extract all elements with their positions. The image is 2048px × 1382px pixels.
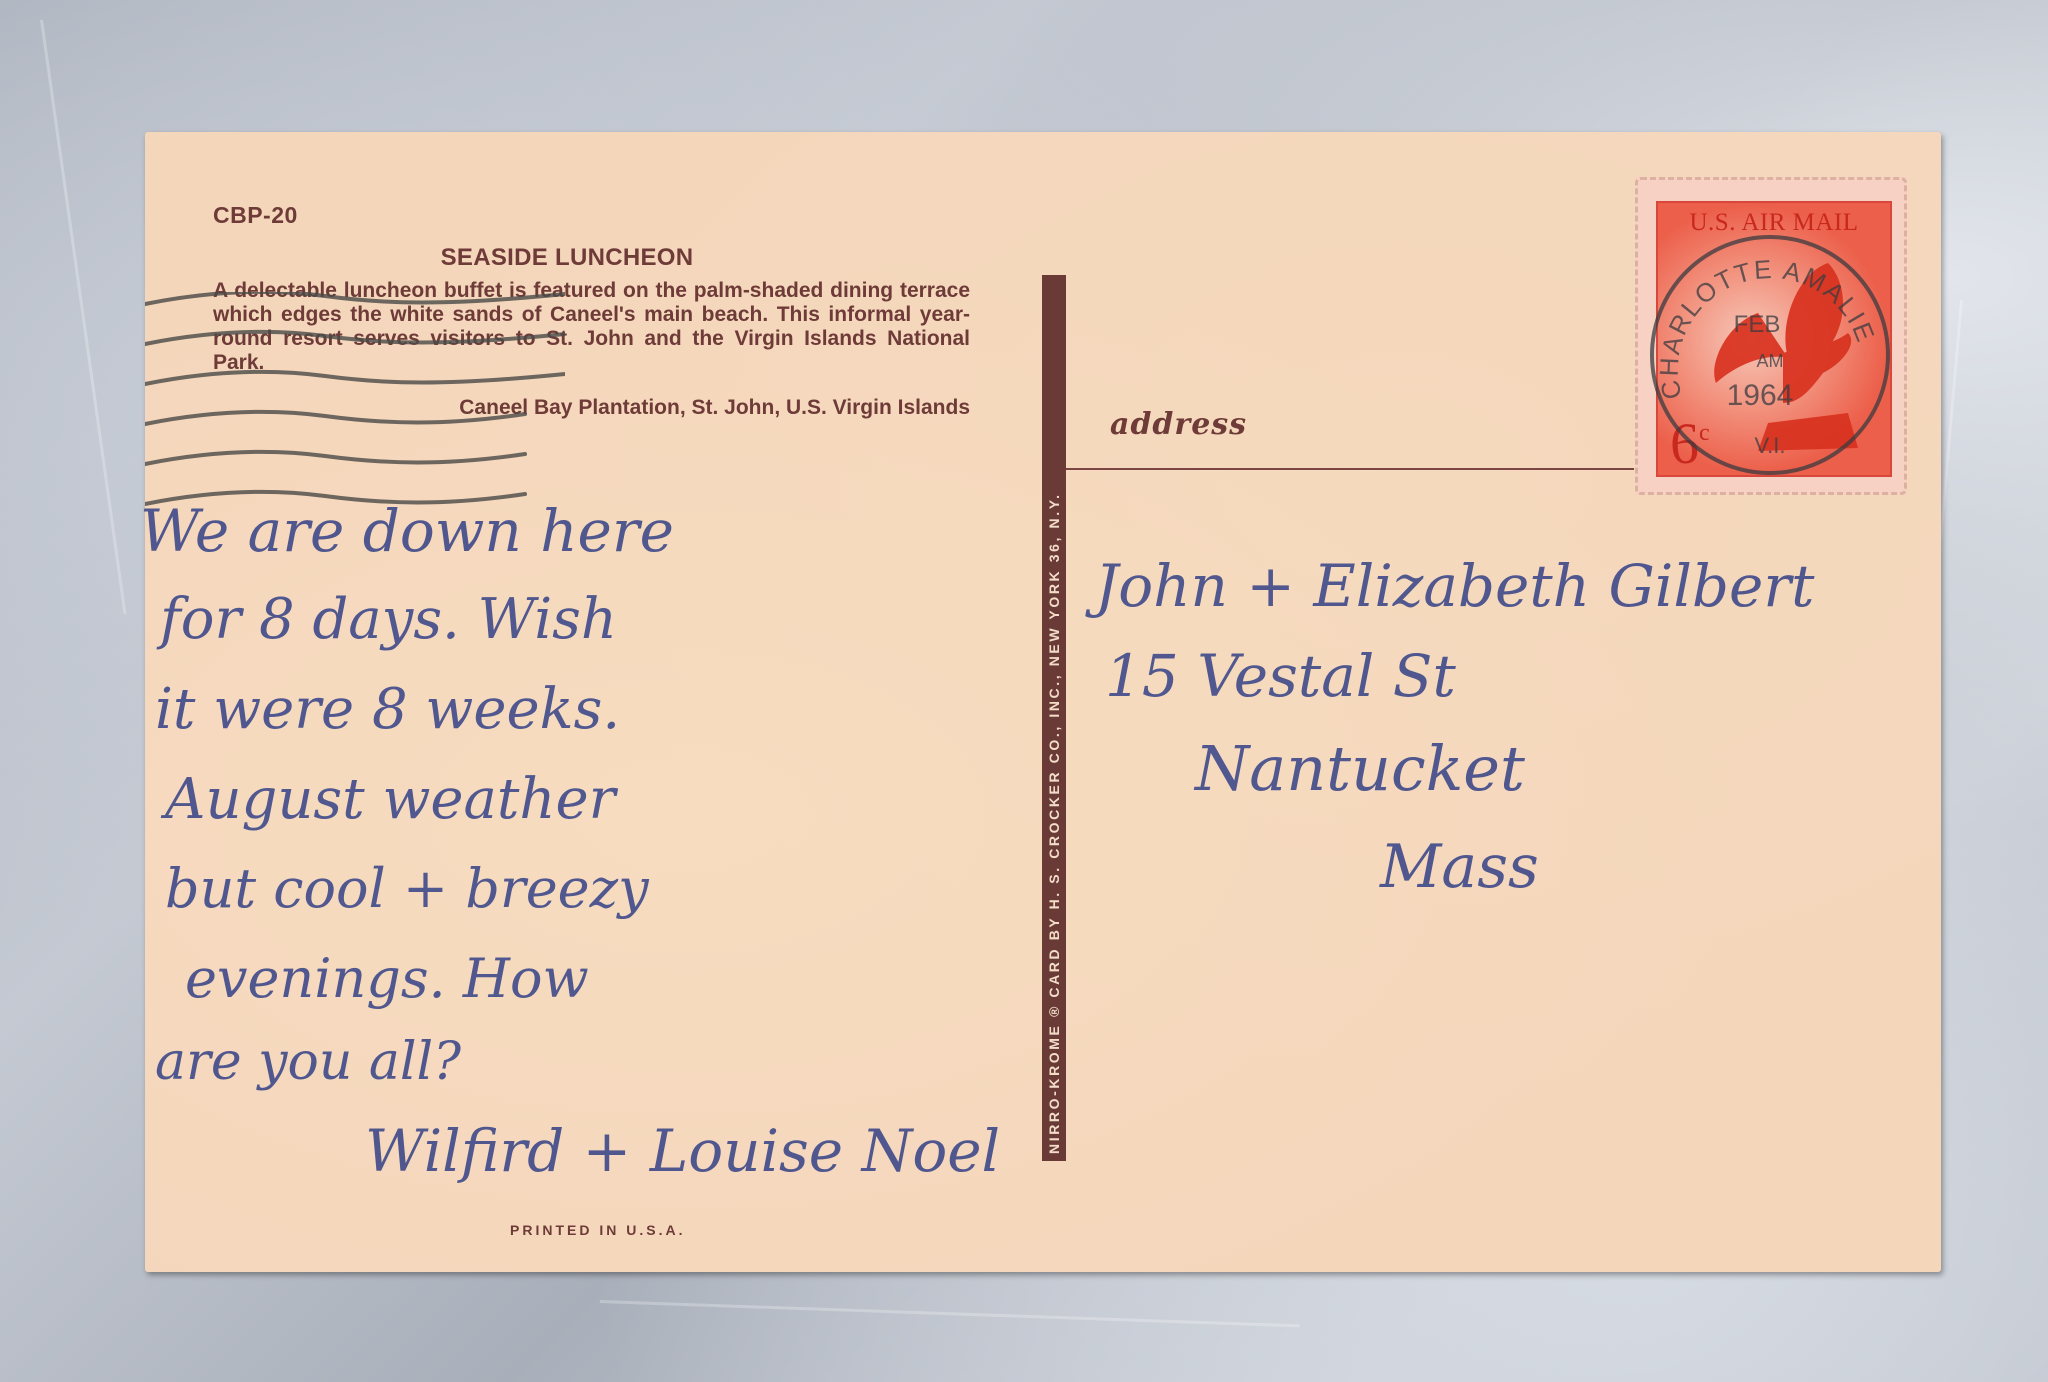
message-line: but cool + breezy (165, 857, 649, 920)
stamp-header: U.S. AIR MAIL (1658, 209, 1890, 237)
recipient-city: Nantucket (1195, 732, 1525, 805)
stamp: U.S. AIR MAIL 6c (1635, 177, 1907, 495)
foil-crease (600, 1300, 1300, 1327)
stamp-value: 6c (1670, 415, 1710, 473)
message-line: August weather (165, 767, 615, 832)
signature: Wilfird + Louise Noel (365, 1117, 1000, 1185)
publisher-credit: NIRRO-KROME ® CARD BY H. S. CROCKER CO.,… (1054, 282, 1078, 1154)
foil-crease (40, 20, 126, 615)
recipient-state: Mass (1380, 832, 1539, 902)
address-rule (1066, 468, 1634, 470)
address-label: address (1110, 407, 1247, 442)
message-line: are you all? (155, 1032, 461, 1092)
message-line: We are down here (140, 497, 674, 565)
card-code: CBP-20 (213, 202, 298, 229)
eagle-icon (1698, 253, 1868, 453)
card-title: SEASIDE LUNCHEON (357, 244, 777, 272)
recipient-street: 15 Vestal St (1105, 642, 1456, 710)
message-line: it were 8 weeks. (155, 677, 620, 742)
message-line: evenings. How (185, 947, 589, 1010)
stamp-face: U.S. AIR MAIL 6c (1656, 201, 1892, 477)
message-line: for 8 days. Wish (160, 587, 617, 652)
recipient-name: John + Elizabeth Gilbert (1095, 552, 1814, 620)
postcard-back: CBP-20 SEASIDE LUNCHEON A delectable lun… (145, 132, 1941, 1272)
printed-in-label: PRINTED IN U.S.A. (510, 1222, 685, 1238)
